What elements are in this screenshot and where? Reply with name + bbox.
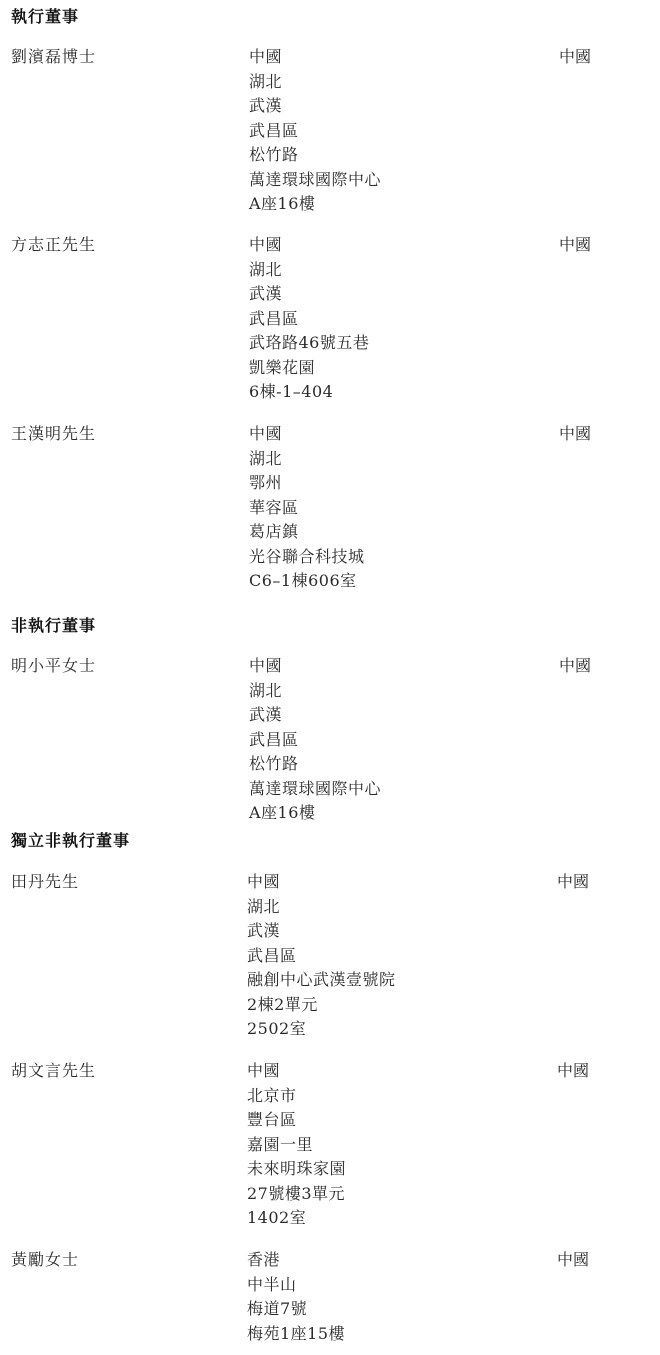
director-address: 中國 湖北 武漢 武昌區 松竹路 萬達環球國際中心 A座16樓 xyxy=(249,654,381,826)
address-line: 中國 xyxy=(247,1059,346,1084)
director-nationality: 中國 xyxy=(559,422,591,447)
director-name: 黃勵女士 xyxy=(11,1248,79,1273)
director-address: 中國 北京市 豐台區 嘉園一里 未來明珠家園 27號樓3單元 1402室 xyxy=(247,1059,346,1231)
address-line: 武漢 xyxy=(249,703,381,728)
address-line: 武漢 xyxy=(249,94,381,119)
address-line: 葛店鎮 xyxy=(249,520,365,545)
address-line: 中半山 xyxy=(247,1273,345,1298)
address-line: 2502室 xyxy=(247,1017,396,1042)
address-line: 北京市 xyxy=(247,1084,346,1109)
address-line: 未來明珠家園 xyxy=(247,1157,346,1182)
address-line: 香港 xyxy=(247,1248,345,1273)
address-line: 武漢 xyxy=(249,282,369,307)
director-nationality: 中國 xyxy=(557,870,589,895)
address-line: 鄂州 xyxy=(249,471,365,496)
address-line: 凱樂花園 xyxy=(249,356,369,381)
address-line: 武昌區 xyxy=(249,119,381,144)
director-nationality: 中國 xyxy=(559,45,591,70)
director-name: 王漢明先生 xyxy=(11,422,96,447)
address-line: 融創中心武漢壹號院 xyxy=(247,968,396,993)
director-address: 香港 中半山 梅道7號 梅苑1座15樓 xyxy=(247,1248,345,1346)
section-heading-non-executive-directors: 非執行董事 xyxy=(11,613,96,636)
director-name: 方志正先生 xyxy=(11,233,96,258)
director-address: 中國 湖北 武漢 武昌區 武珞路46號五巷 凱樂花園 6棟-1–404 xyxy=(249,233,369,405)
address-line: 松竹路 xyxy=(249,752,381,777)
director-nationality: 中國 xyxy=(559,233,591,258)
address-line: A座16樓 xyxy=(249,192,381,217)
director-nationality: 中國 xyxy=(557,1059,589,1084)
address-line: 1402室 xyxy=(247,1206,346,1231)
address-line: 武昌區 xyxy=(249,728,381,753)
director-name: 劉濱磊博士 xyxy=(11,45,96,70)
address-line: 武昌區 xyxy=(247,944,396,969)
address-line: 梅苑1座15樓 xyxy=(247,1322,345,1347)
address-line: 光谷聯合科技城 xyxy=(249,545,365,570)
address-line: 萬達環球國際中心 xyxy=(249,777,381,802)
address-line: C6–1棟606室 xyxy=(249,569,365,594)
address-line: 松竹路 xyxy=(249,143,381,168)
section-heading-executive-directors: 執行董事 xyxy=(11,4,79,27)
director-address: 中國 湖北 鄂州 華容區 葛店鎮 光谷聯合科技城 C6–1棟606室 xyxy=(249,422,365,594)
address-line: 2棟2單元 xyxy=(247,993,396,1018)
address-line: 萬達環球國際中心 xyxy=(249,168,381,193)
address-line: 湖北 xyxy=(247,895,396,920)
address-line: 中國 xyxy=(247,870,396,895)
address-line: 武昌區 xyxy=(249,307,369,332)
address-line: A座16樓 xyxy=(249,801,381,826)
address-line: 湖北 xyxy=(249,70,381,95)
address-line: 中國 xyxy=(249,422,365,447)
address-line: 華容區 xyxy=(249,496,365,521)
address-line: 中國 xyxy=(249,654,381,679)
director-name: 胡文言先生 xyxy=(11,1059,96,1084)
section-heading-independent-non-executive-directors: 獨立非執行董事 xyxy=(11,828,130,851)
director-nationality: 中國 xyxy=(559,654,591,679)
address-line: 27號樓3單元 xyxy=(247,1182,346,1207)
director-name: 明小平女士 xyxy=(11,654,96,679)
director-address: 中國 湖北 武漢 武昌區 松竹路 萬達環球國際中心 A座16樓 xyxy=(249,45,381,217)
address-line: 豐台區 xyxy=(247,1108,346,1133)
address-line: 武珞路46號五巷 xyxy=(249,331,369,356)
director-name: 田丹先生 xyxy=(11,870,79,895)
address-line: 中國 xyxy=(249,45,381,70)
director-address: 中國 湖北 武漢 武昌區 融創中心武漢壹號院 2棟2單元 2502室 xyxy=(247,870,396,1042)
address-line: 武漢 xyxy=(247,919,396,944)
address-line: 中國 xyxy=(249,233,369,258)
address-line: 湖北 xyxy=(249,258,369,283)
address-line: 嘉園一里 xyxy=(247,1133,346,1158)
address-line: 湖北 xyxy=(249,679,381,704)
address-line: 6棟-1–404 xyxy=(249,380,369,405)
address-line: 湖北 xyxy=(249,447,365,472)
director-nationality: 中國 xyxy=(557,1248,589,1273)
address-line: 梅道7號 xyxy=(247,1297,345,1322)
